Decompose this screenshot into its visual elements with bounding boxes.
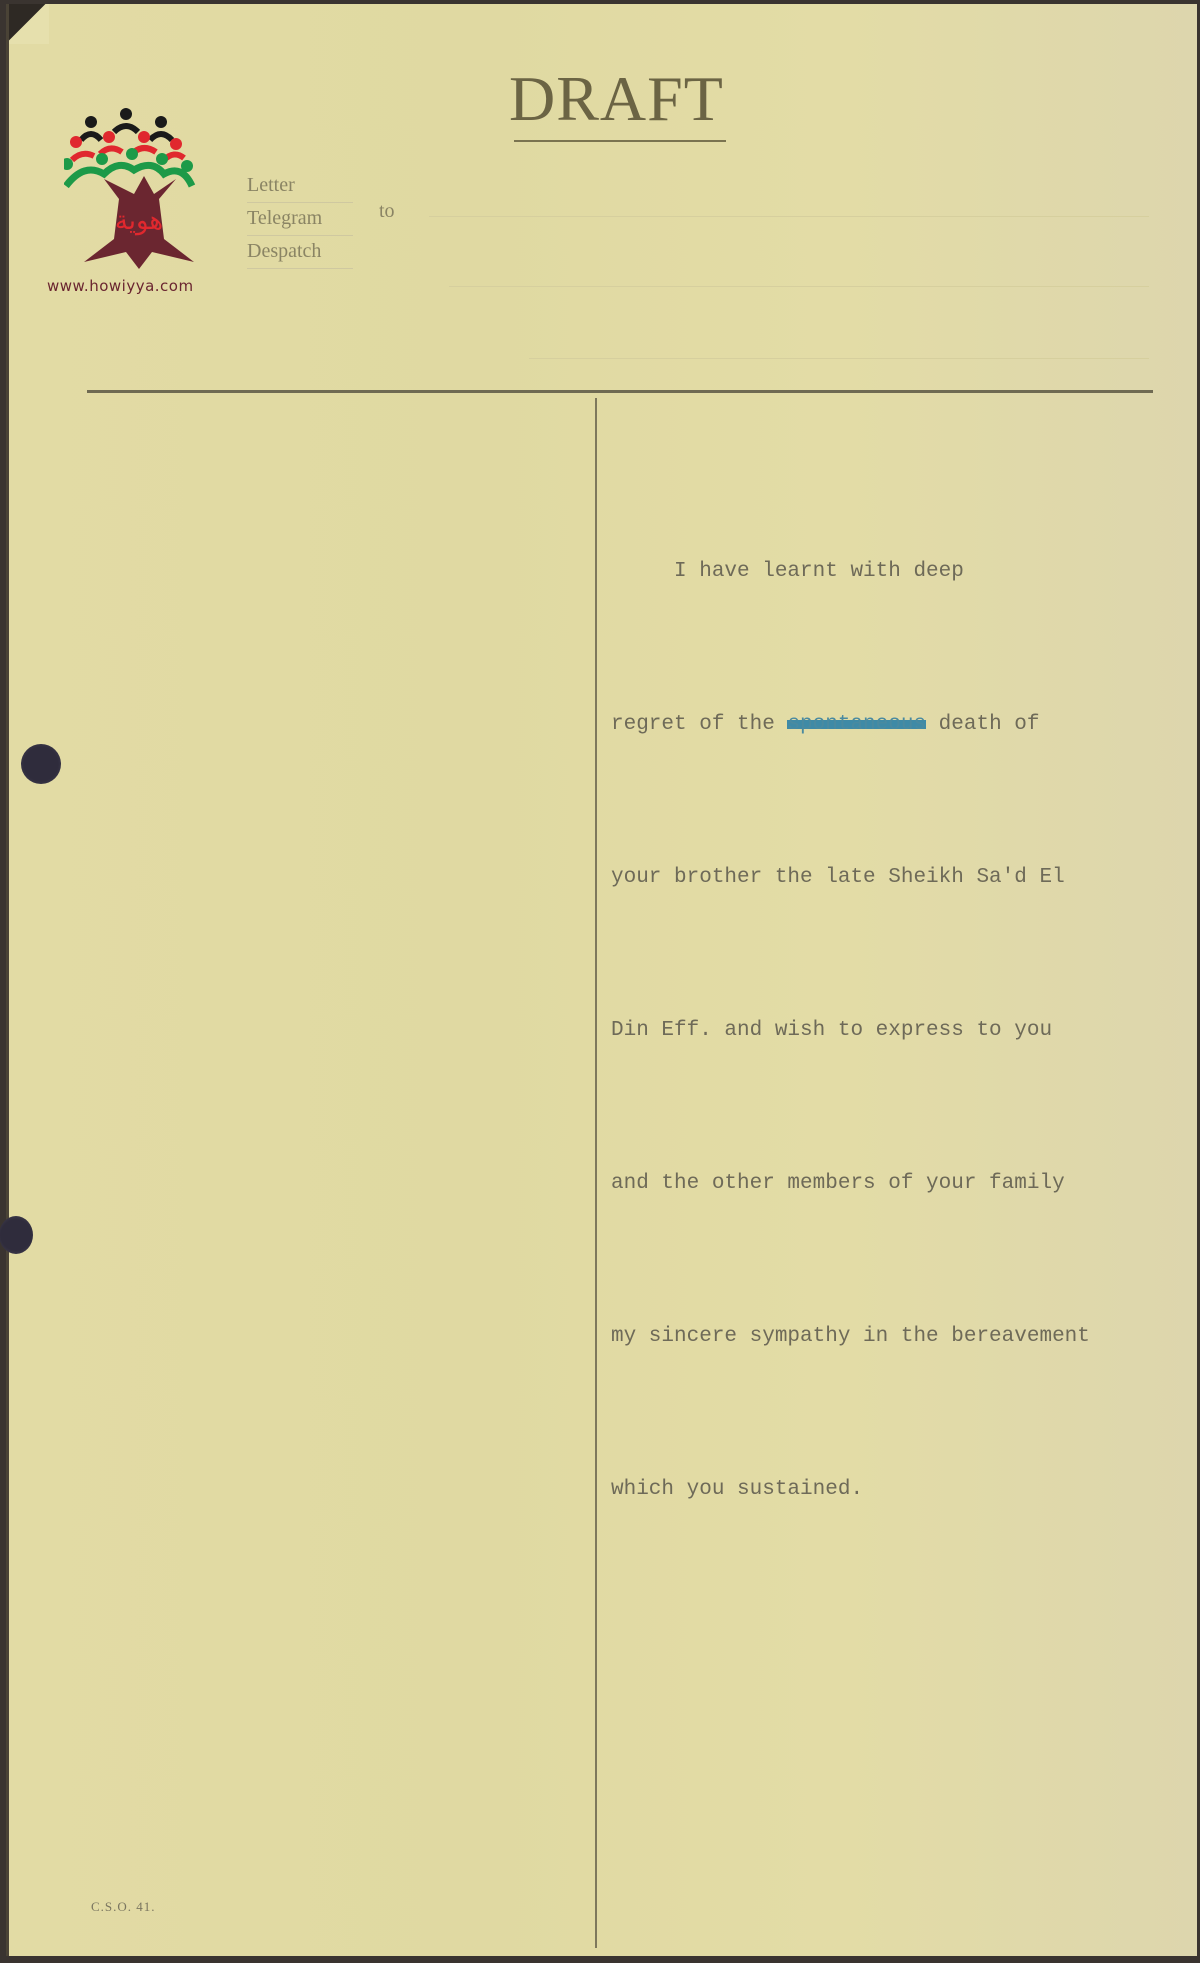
body-line: regret of the spontaneous death of (611, 699, 1191, 750)
watermark-url: www.howiyya.com (47, 277, 194, 295)
to-label: to (379, 200, 395, 223)
title-underline (514, 140, 726, 142)
body-line: I have learnt with deep (611, 546, 1191, 597)
form-type-telegram: Telegram (247, 203, 353, 236)
letter-body: I have learnt with deep regret of the sp… (611, 444, 1191, 1617)
body-line: my sincere sympathy in the bereavement (611, 1311, 1191, 1362)
body-line: Din Eff. and wish to express to you (611, 1005, 1191, 1056)
punch-hole (21, 744, 61, 784)
body-line: and the other members of your family (611, 1158, 1191, 1209)
page-title: DRAFT (509, 62, 724, 136)
address-line (449, 286, 1149, 287)
howiyya-logo-icon: هوية (64, 104, 214, 274)
struck-word: spontaneous (787, 713, 926, 736)
body-line: your brother the late Sheikh Sa'd El (611, 852, 1191, 903)
svg-text:هوية: هوية (115, 206, 163, 236)
address-line (429, 216, 1149, 217)
header-divider (87, 390, 1153, 393)
form-type-despatch: Despatch (247, 236, 353, 269)
folded-corner (9, 4, 49, 44)
form-type-letter: Letter (247, 170, 353, 203)
form-type-labels: Letter Telegram Despatch (247, 170, 353, 269)
column-divider (595, 398, 597, 1948)
form-code: C.S.O. 41. (91, 1899, 156, 1915)
body-line: which you sustained. (611, 1464, 1191, 1515)
draft-document-sheet: هوية www.howiyya.com DRAFT Letter Telegr… (6, 4, 1197, 1956)
punch-hole (0, 1216, 33, 1254)
address-line (529, 358, 1149, 359)
